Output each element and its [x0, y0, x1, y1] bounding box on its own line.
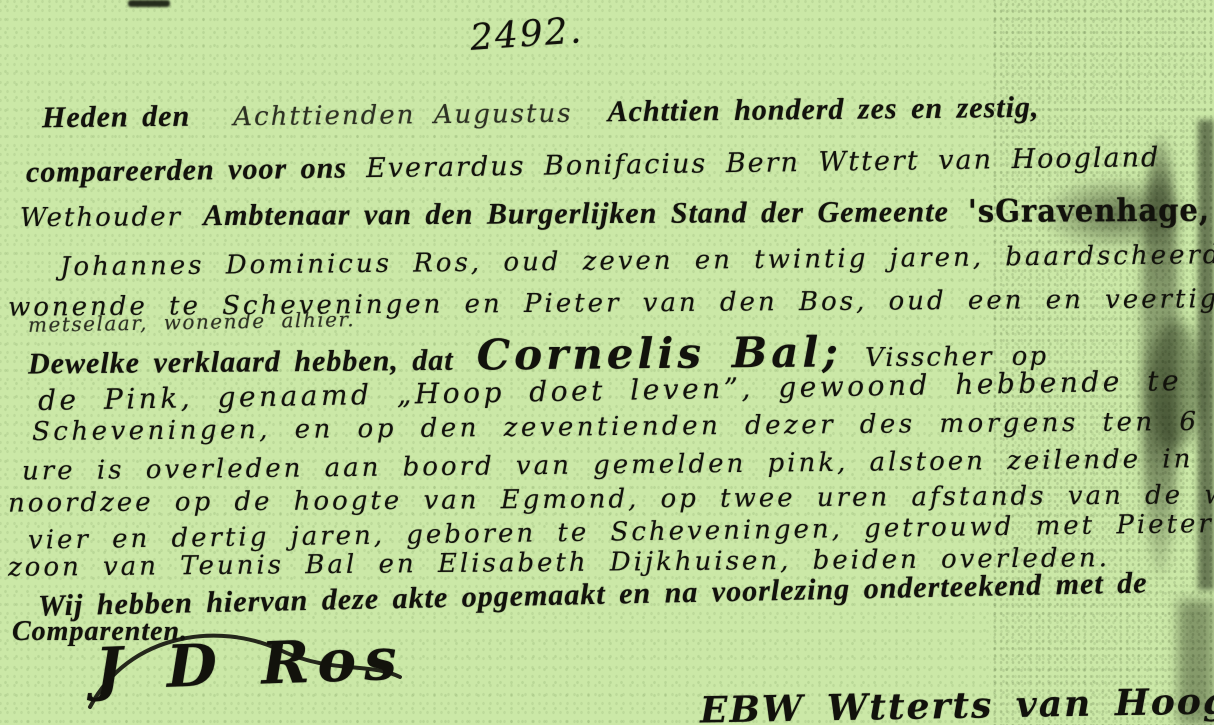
scan-speck-top-edge	[128, 0, 170, 7]
declaration-line-4: ure is overleden aan boord van gemelden …	[22, 444, 1214, 487]
registrar-line: compareerden voor ons Everardus Bonifaci…	[26, 140, 1161, 190]
signature-declarant: J D Ros	[94, 625, 406, 704]
declarant-line-1: Johannes Dominicus Ros, oud zeven en twi…	[60, 240, 1214, 283]
printed-heden-den: Heden den	[42, 100, 190, 135]
printed-year: Achttien honderd zes en zestig,	[607, 91, 1039, 129]
act-number: 2492.	[469, 10, 585, 59]
printed-dewelke: Dewelke verklaard hebben, dat	[28, 344, 454, 381]
written-wethouder: Wethouder	[20, 202, 182, 233]
printed-city-name: 'sGravenhage,	[968, 192, 1210, 230]
opening-line: Heden den Achttienden Augustus Achttien …	[42, 91, 1040, 135]
official-title-line: Wethouder Ambtenaar van den Burgerlijken…	[20, 193, 1210, 234]
printed-compareerden: compareerden voor ons	[26, 151, 347, 188]
official-name: Everardus Bonifacius Bern Wttert van Hoo…	[366, 142, 1161, 184]
scanned-death-record-page: 2492. Heden den Achttienden Augustus Ach…	[0, 0, 1214, 725]
signature-official: EBW Wtterts van Hoogland	[700, 679, 1214, 725]
written-date: Achttienden Augustus	[233, 99, 573, 133]
printed-ambtenaar-title: Ambtenaar van den Burgerlijken Stand der…	[203, 195, 949, 232]
